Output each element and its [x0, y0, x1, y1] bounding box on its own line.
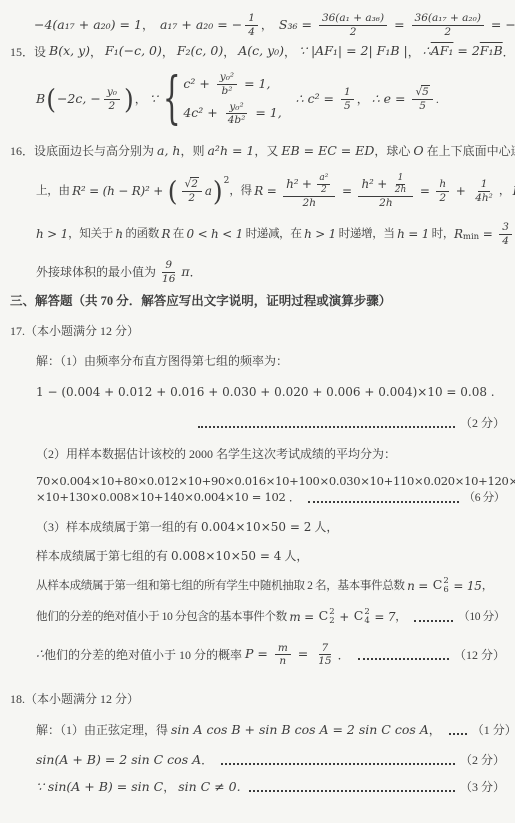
denominator: 2h [376, 197, 395, 210]
math-run: h > 1 [304, 226, 336, 242]
math-run: m = [289, 609, 317, 625]
text-run: ，又 [254, 143, 281, 159]
math-run: 4c² + [183, 105, 221, 122]
fraction: 12h [393, 173, 409, 196]
prob17-header: 17.（本小题满分 12 分） [0, 323, 505, 339]
sqrt-radical: √2 [185, 177, 199, 191]
big-paren: ) [213, 178, 223, 205]
numerator: 1 [396, 173, 406, 185]
math-run: sin C ≠ 0. [178, 779, 240, 796]
prob15-line1: 15．设 B(x, y)， F₁(−c, 0)， F₂(c, 0)， A(c, … [0, 43, 505, 60]
fraction: 14h² [472, 178, 496, 204]
numerator: y₀² [226, 101, 246, 115]
combination-subscript: 6 [443, 586, 448, 595]
math-run: ∴ [36, 646, 44, 663]
cases-row: c² + y₀²b² = 1, [183, 71, 270, 97]
fraction: y₀2 [104, 86, 120, 112]
fraction: √22 [182, 177, 202, 204]
math-run: = [390, 17, 408, 34]
prob16-line4: 外接球体积的最小值为916π． [0, 259, 505, 285]
text-run: 的函数 [123, 226, 162, 242]
denominator: 4 [499, 235, 512, 248]
numerator: 9 [162, 259, 175, 273]
math-run: = 1, [251, 105, 281, 122]
math-run: sin A cos B + sin B cos A = 2 sin C cos … [171, 722, 429, 739]
prob17-part2-text: （2）用样本数据估计该校的 2000 名学生这次考试成绩的平均分为： [0, 446, 505, 462]
math-run: = [294, 646, 312, 663]
prob16-line2: 上，由 R² = (h − R)² + (√22a)2，得 R = h² + a… [0, 173, 505, 209]
prob16-line1: 16．设底面边长与高分别为 a, h，则 a²h = 1，又 EB = EC =… [0, 143, 505, 160]
numerator: 36(a₁₇ + a₂₀) [412, 12, 484, 26]
numerator: √2 [182, 177, 202, 192]
text-run: ． [338, 647, 350, 663]
vector-overline: AF₁ [431, 43, 454, 60]
sqrt-radical: √5 [415, 85, 429, 99]
prob17-part1-score: （2 分） [0, 415, 505, 431]
math-run: = − [487, 17, 515, 34]
subscript: min [463, 232, 479, 243]
denominator: 4 [245, 26, 258, 39]
text-run: 18.（本小题满分 12 分） [10, 691, 139, 707]
denominator: 15 [315, 655, 334, 668]
text-run: 样本成绩属于第七组的有 [36, 548, 171, 564]
score-label: （6 分） [464, 490, 505, 506]
prob17-part3-line3: 从样本成绩属于第一组和第七组的所有学生中随机抽取 2 名，基本事件总数 n = … [0, 577, 505, 595]
math-run: a²h = 1 [207, 143, 254, 160]
text-run: ， [162, 44, 177, 60]
numeric-run: 0.008×10×50 = 4 [171, 548, 281, 564]
math-run: −4(a₁₇ + a₂₀) = 1 [34, 17, 142, 34]
math-run: ∴ [423, 43, 431, 60]
math-run: ∵ sin(A + B) = sin C [36, 779, 163, 796]
denominator: 2 [441, 26, 454, 39]
big-paren: ) [124, 86, 134, 113]
combination-scripts: 26 [443, 577, 448, 595]
text-run: ．则 [503, 44, 515, 60]
numerator: m [275, 642, 291, 656]
numerator: 1 [478, 178, 491, 192]
fraction: h2 [436, 178, 449, 204]
fraction: a²2 [317, 173, 330, 196]
dotted-leader [358, 656, 449, 660]
math-run: 0 < h < 1 [187, 226, 244, 242]
math-run: h² + [361, 177, 390, 191]
fraction: 15 [341, 86, 354, 112]
score-label: （2 分） [460, 752, 505, 768]
denominator: 2 [436, 192, 449, 205]
document-page: −4(a₁₇ + a₂₀) = 1， a₁₇ + a₂₀ = −14， S₃₆ … [0, 0, 515, 823]
prob17-part3-line4: 他们的分差的绝对值小于 10 分包含的基本事件个数 m = C22 + C24 … [0, 608, 505, 626]
dotted-leader [308, 499, 458, 503]
math-run: = [479, 226, 496, 242]
equation-system: {c² + y₀²b² = 1,4c² + y₀²4b² = 1, [160, 70, 282, 128]
combination-symbol: C26 [433, 577, 449, 595]
math-run: ∵ [150, 91, 158, 108]
dotted-leader [414, 618, 453, 622]
denominator: 2h [393, 185, 409, 196]
combination-base: C [319, 608, 329, 625]
math-run: = 15 [450, 578, 482, 594]
text-run: 人， [281, 548, 308, 564]
math-run: EB = EC = ED [281, 143, 374, 160]
math-run: + [336, 609, 353, 625]
math-run: R [454, 226, 463, 242]
math-run: O [413, 143, 423, 160]
fraction: h² + 12h2h [358, 173, 413, 209]
denominator: 5 [416, 100, 429, 113]
math-run: + [452, 183, 469, 199]
text-run: ． [190, 264, 202, 280]
prob17-part2-calc2: ×10+130×0.008×10+140×0.004×10 = 102 ．（6 … [0, 490, 505, 506]
denominator: 5 [341, 100, 354, 113]
text-run: 他们的分差的绝对值小于 10 分包含的基本事件个数 [36, 609, 289, 625]
text-run: ， [163, 779, 178, 795]
text-run: ，知关于 [68, 226, 115, 242]
text-run: 在上下底面中心连线 [424, 143, 515, 159]
denominator: b² [218, 85, 235, 98]
numerator: y₀ [104, 86, 120, 100]
text-run: ，得 [229, 183, 254, 199]
text-run: ， [223, 44, 238, 60]
math-run: ∴ c² = [284, 91, 338, 108]
prob14-final-line: −4(a₁₇ + a₂₀) = 1， a₁₇ + a₂₀ = −14， S₃₆ … [0, 12, 505, 38]
math-run: B [36, 91, 45, 108]
prob18-header: 18.（本小题满分 12 分） [0, 691, 505, 707]
dotted-leader [249, 788, 455, 792]
text-run: 时递增，当 [336, 226, 397, 242]
fraction: y₀²4b² [225, 101, 249, 127]
denominator: 16 [159, 273, 178, 286]
text-run: ． [201, 752, 213, 768]
numerator: √5 [412, 85, 432, 100]
text-run: 人， [311, 519, 338, 535]
text-run: ， [499, 183, 513, 199]
text-run: 17.（本小题满分 12 分） [10, 323, 139, 339]
text-run: 解：（1）由频率分布直方图得第七组的频率为： [36, 353, 288, 369]
combination-subscript: 2 [329, 617, 334, 626]
text-run: 外接球体积的最小值为 [36, 264, 156, 280]
cases-rows: c² + y₀²b² = 1,4c² + y₀²4b² = 1, [183, 71, 281, 126]
combination-subscript: 4 [364, 617, 369, 626]
text-run: ， [135, 91, 150, 107]
superscript: 2 [224, 175, 230, 187]
big-paren: ( [168, 178, 178, 205]
math-run: ∵ |AF₁| = 2| F₁B | [299, 43, 408, 60]
math-run: S₃₆ = [279, 17, 316, 34]
text-run: ， [142, 17, 160, 33]
radicand: 5 [421, 85, 430, 99]
fraction: 34 [499, 221, 512, 247]
numerator: h² + a²2 [283, 173, 335, 197]
fraction: 916 [159, 259, 178, 285]
prob17-part1-text: 解：（1）由频率分布直方图得第七组的频率为： [0, 353, 505, 369]
text-run: ， [429, 722, 441, 738]
prob17-part3-line2: 样本成绩属于第七组的有 0.008×10×50 = 4 人， [0, 548, 505, 564]
denominator: 2 [106, 100, 119, 113]
numerator: h [436, 178, 449, 192]
numeric-run: 0.004×10×50 = 2 [201, 519, 311, 535]
text-run: 在 [170, 226, 186, 242]
dotted-leader [221, 761, 455, 765]
math-run: R² = (h − R)² + [72, 183, 167, 199]
math-run: h > 1 [36, 226, 68, 242]
text-run: 时， [429, 226, 454, 242]
math-run: = [416, 183, 433, 199]
score-label: （10 分） [458, 609, 505, 625]
text-run: （3）样本成绩属于第一组的有 [36, 519, 201, 535]
math-run: R [161, 226, 170, 242]
math-run: h [115, 226, 123, 242]
section-3-header: 三、解答题（共 70 分．解答应写出文字说明，证明过程或演算步骤） [0, 293, 505, 310]
math-run: F₂(c, 0) [177, 43, 223, 60]
numerator: 36(a₁ + a₃₆) [319, 12, 387, 26]
math-run: −2c, − [57, 91, 101, 108]
text-run: （2）用样本数据估计该校的 2000 名学生这次考试成绩的平均分为： [36, 446, 396, 462]
numerator: 3 [499, 221, 512, 235]
numeric-run: 70×0.004×10+80×0.012×10+90×0.016×10+100×… [36, 474, 515, 490]
math-run: π [181, 264, 189, 281]
denominator: n [276, 655, 289, 668]
text-run: ，球心 [374, 143, 413, 159]
prob18-part1-line3: ∵ sin(A + B) = sin C， sin C ≠ 0.（3 分） [0, 779, 505, 796]
fraction: √55 [412, 85, 432, 112]
numerator: y₀² [217, 71, 237, 85]
text-run: 时递减，在 [243, 226, 304, 242]
text-run: 他们的分差的绝对值小于 10 分的概率 [44, 647, 245, 663]
text-run: . [436, 91, 439, 107]
text-run: ， [357, 91, 372, 107]
numerator: h² + 12h [358, 173, 413, 197]
math-run: R = [254, 183, 280, 199]
math-run: n = [407, 578, 432, 594]
score-label: （1 分） [472, 722, 515, 738]
combination-scripts: 24 [364, 608, 369, 626]
fraction: 36(a₁₇ + a₂₀)2 [412, 12, 484, 38]
prob17-part3-line1: （3）样本成绩属于第一组的有 0.004×10×50 = 2 人， [0, 519, 505, 535]
prob17-part1-calc: 1 − (0.004 + 0.012 + 0.016 + 0.030 + 0.0… [0, 384, 505, 400]
prob17-part3-line5: ∴他们的分差的绝对值小于 10 分的概率 P = mn = 715．（12 分） [0, 642, 505, 668]
big-paren: ( [46, 86, 56, 113]
math-run: ∴ e = [372, 91, 410, 108]
math-run: c² + [183, 76, 213, 93]
combination-base: C [433, 577, 443, 594]
math-run: h² + [286, 177, 315, 191]
prob18-part1-line2: sin(A + B) = 2 sin C cos A．（2 分） [0, 752, 505, 769]
math-run: = 1, [240, 76, 270, 93]
math-run: h = 1 [397, 226, 429, 242]
math-run: F₁(−c, 0) [105, 43, 162, 60]
math-run: B(x, y) [49, 43, 90, 60]
denominator: 2 [185, 192, 198, 205]
bold-heading-text: 三、解答题（共 70 分．解答应写出文字说明，证明过程或演算步骤） [10, 293, 391, 310]
cases-row: 4c² + y₀²4b² = 1, [183, 101, 281, 127]
radicand: 2 [190, 177, 199, 191]
denominator: 2h [300, 197, 319, 210]
text-run: ， [261, 17, 279, 33]
score-label: （12 分） [454, 647, 505, 663]
text-run: ，则 [180, 143, 207, 159]
fraction: 715 [315, 642, 334, 668]
combination-scripts: 22 [329, 608, 334, 626]
denominator: 4b² [225, 114, 249, 127]
numeric-run: 1 − (0.004 + 0.012 + 0.016 + 0.030 + 0.0… [36, 384, 495, 400]
text-run: ， [90, 44, 105, 60]
dotted-leader [198, 424, 455, 428]
math-run: a [205, 183, 212, 199]
text-run: 解：（1）由正弦定理，得 [36, 722, 171, 738]
numerator: 1 [341, 86, 354, 100]
prob16-line3: h > 1，知关于 h 的函数 R 在 0 < h < 1 时递减，在 h > … [0, 221, 505, 247]
numerator: a² [317, 173, 330, 185]
fraction: 14 [245, 12, 258, 38]
numerator: 7 [319, 642, 332, 656]
math-run: a₁₇ + a₂₀ = − [160, 17, 242, 34]
math-run: A(c, y₀) [238, 43, 284, 60]
fraction: mn [275, 642, 291, 668]
math-run: P = [245, 646, 272, 663]
math-run: = [338, 183, 355, 199]
fraction: h² + a²22h [283, 173, 335, 209]
cases-brace: { [163, 70, 181, 128]
denominator: 2 [347, 26, 360, 39]
text-run: 上，由 [36, 183, 72, 199]
text-run: 15．设 [10, 44, 49, 60]
text-run: ， [284, 44, 299, 60]
dotted-leader [449, 731, 467, 735]
vector-overline: F₁B [480, 43, 503, 60]
math-run: sin(A + B) = 2 sin C cos A [36, 752, 201, 769]
numeric-run: ×10+130×0.008×10+140×0.004×10 = 102 ． [36, 490, 300, 506]
text-run: 从样本成绩属于第一组和第七组的所有学生中随机抽取 2 名，基本事件总数 [36, 578, 407, 594]
score-label: （2 分） [460, 415, 505, 431]
text-run: 16．设底面边长与高分别为 [10, 143, 157, 159]
math-run: = 2 [453, 43, 479, 60]
denominator: 4h² [472, 192, 496, 205]
prob17-part2-calc1: 70×0.004×10+80×0.012×10+90×0.016×10+100×… [0, 474, 505, 490]
combination-symbol: C22 [319, 608, 335, 626]
math-run: a, h [157, 143, 180, 160]
combination-base: C [354, 608, 364, 625]
fraction: y₀²b² [217, 71, 237, 97]
text-run: ， [482, 578, 493, 594]
score-label: （3 分） [460, 779, 505, 795]
text-run: ， [395, 609, 406, 625]
text-run: ， [408, 44, 423, 60]
fraction: 36(a₁ + a₃₆)2 [319, 12, 387, 38]
numerator: 1 [245, 12, 258, 26]
prob15-line2: B(−2c, −y₀2)， ∵{c² + y₀²b² = 1,4c² + y₀²… [0, 70, 505, 128]
prob18-part1-line1: 解：（1）由正弦定理，得 sin A cos B + sin B cos A =… [0, 722, 505, 739]
math-run: = 7 [371, 609, 396, 625]
denominator: 2 [319, 185, 329, 196]
combination-symbol: C24 [354, 608, 370, 626]
